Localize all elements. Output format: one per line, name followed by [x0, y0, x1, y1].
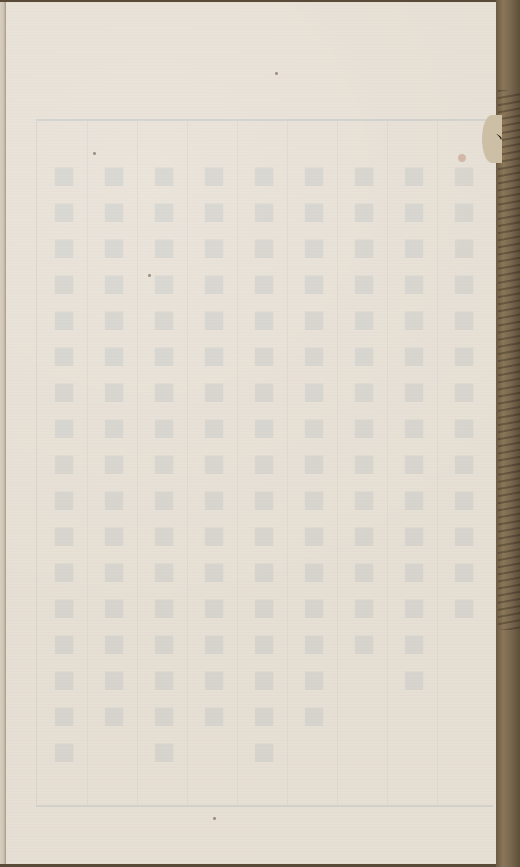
paper-speck	[275, 72, 278, 75]
ghost-text-column: ■■■■■■■■■■■■■■■■■	[249, 161, 279, 773]
ghost-text-column: ■■■■■■■■■■■■■■■	[399, 161, 429, 701]
foxing-stain	[458, 154, 466, 162]
ghost-text-column: ■■■■■■■■■■■■■■■■	[199, 161, 229, 737]
scanned-page: ■■■■■■■■■■■■■■■■■ ■■■■■■■■■■■■■■■■ ■■■■■…	[0, 2, 496, 864]
column-rule	[287, 121, 288, 805]
paper-speck	[148, 274, 151, 277]
column-rule	[137, 121, 138, 805]
column-rule	[387, 121, 388, 805]
column-rule	[87, 121, 88, 805]
column-rule	[337, 121, 338, 805]
ghost-text-column: ■■■■■■■■■■■■■■■■	[99, 161, 129, 737]
ghost-text-column: ■■■■■■■■■■■■■■	[349, 161, 379, 665]
column-rule	[237, 121, 238, 805]
paper-speck	[213, 817, 216, 820]
paper-speck	[93, 152, 96, 155]
ghost-text-column: ■■■■■■■■■■■■■■■■	[299, 161, 329, 737]
binding-edge	[0, 2, 6, 864]
column-rule	[437, 121, 438, 805]
bleed-through-text-frame: ■■■■■■■■■■■■■■■■■ ■■■■■■■■■■■■■■■■ ■■■■■…	[36, 119, 493, 807]
tab-mark: 丶	[492, 128, 506, 148]
column-rule	[187, 121, 188, 805]
ghost-text-column: ■■■■■■■■■■■■■■■■■	[49, 161, 79, 773]
ghost-text-column: ■■■■■■■■■■■■■■■■■	[149, 161, 179, 773]
fore-edge-ink-marks	[498, 90, 520, 630]
ghost-text-column: ■■■■■■■■■■■■■	[449, 161, 479, 629]
